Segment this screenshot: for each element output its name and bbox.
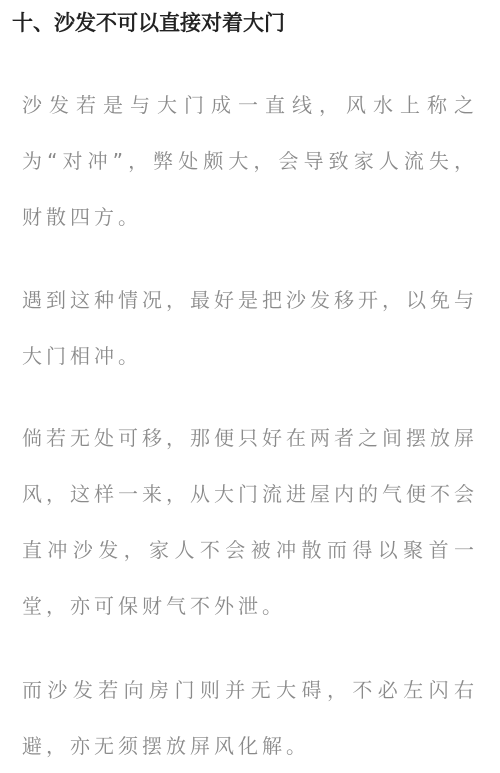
section-heading: 十、沙发不可以直接对着大门 bbox=[12, 8, 285, 38]
paragraph-facing-room-door: 而沙发若向房门则并无大碍，不必左闪右避，亦无须摆放屏风化解。 bbox=[22, 662, 478, 773]
paragraph-move-sofa: 遇到这种情况，最好是把沙发移开，以免与大门相冲。 bbox=[22, 272, 478, 384]
paragraph-place-screen: 倘若无处可移，那便只好在两者之间摆放屏风，这样一来，从大门流进屋内的气便不会直冲… bbox=[22, 410, 478, 634]
paragraph-sofa-alignment: 沙发若是与大门成一直线，风水上称之为“对冲”，弊处颇大，会导致家人流失，财散四方… bbox=[22, 77, 478, 245]
